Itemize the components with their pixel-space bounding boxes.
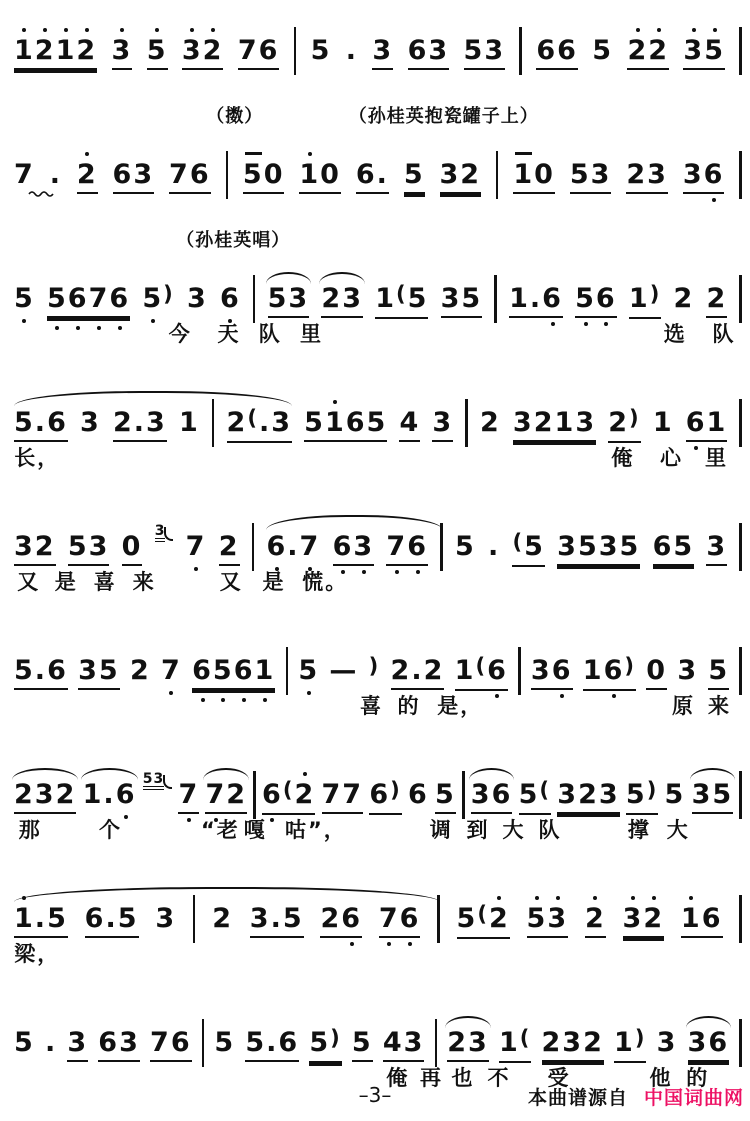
octave-dot-above bbox=[497, 896, 501, 900]
barline bbox=[253, 771, 256, 819]
lyric-syllable: 是 bbox=[263, 566, 286, 596]
lyric-syllable: 个 bbox=[99, 814, 122, 844]
score-system: 325303726.763765.(53535653又是喜来又是慌。 bbox=[0, 504, 750, 628]
note-group: 2(.3 bbox=[227, 408, 292, 443]
note-group: 232 bbox=[14, 780, 76, 814]
note-group: 5 bbox=[14, 284, 35, 314]
page-footer: –3– 本曲谱源自中国词曲网 bbox=[0, 1083, 750, 1109]
note-group: 1) bbox=[614, 1028, 646, 1063]
octave-dot-above bbox=[308, 152, 312, 156]
note-group: 10 bbox=[513, 160, 555, 194]
note-group: . bbox=[50, 160, 62, 190]
note-group: 3 bbox=[187, 284, 208, 314]
octave-dot-above bbox=[85, 28, 89, 32]
barline bbox=[519, 27, 522, 75]
note-group: 2 bbox=[480, 408, 501, 438]
note-group: 53 bbox=[268, 284, 310, 318]
note-group: 2) bbox=[608, 408, 640, 443]
octave-dot-above bbox=[593, 896, 597, 900]
lyric-syllable: 到 bbox=[467, 814, 490, 844]
note-group: 3 bbox=[67, 1028, 88, 1062]
note-group: 5 bbox=[404, 160, 425, 194]
barline bbox=[437, 895, 440, 943]
note-group: 66 bbox=[536, 36, 578, 70]
score-system: 2321.6537726(2776)65365(3235)535那个“老嘎咕”，… bbox=[0, 752, 750, 876]
octave-dot-above bbox=[211, 28, 215, 32]
lyrics-row: 长，俺心里 bbox=[0, 442, 750, 470]
barline bbox=[739, 771, 742, 819]
note-group: 2 bbox=[219, 532, 240, 566]
barline bbox=[465, 399, 468, 447]
lyric-syllable: 里 bbox=[300, 318, 323, 348]
note-group: 1212 bbox=[14, 36, 97, 70]
lyrics-row: 今天队里选队 bbox=[0, 318, 750, 346]
note-group: 7 bbox=[14, 160, 35, 190]
note-group: 5676 bbox=[47, 284, 130, 318]
note-group: 6561 bbox=[192, 656, 275, 690]
octave-dot-above bbox=[556, 896, 560, 900]
note-group: 2 bbox=[77, 160, 98, 194]
note-group: 5 bbox=[592, 36, 613, 66]
barline bbox=[739, 275, 742, 323]
note-group: 77 bbox=[322, 780, 364, 814]
note-group: 3 bbox=[372, 36, 393, 70]
notation-row: 7.2637650106.53210532336 bbox=[14, 160, 742, 199]
barline bbox=[193, 895, 196, 943]
note-group: 2 bbox=[706, 284, 727, 318]
page-number: –3– bbox=[359, 1083, 392, 1107]
note-group: 76 bbox=[379, 904, 421, 938]
overline-dash bbox=[245, 152, 262, 155]
note-group: 35 bbox=[441, 284, 483, 318]
barline bbox=[253, 275, 256, 323]
note-group: 1.6 bbox=[509, 284, 563, 318]
lyrics-row: 那个“老嘎咕”，调到大队撑大 bbox=[0, 814, 750, 842]
note-group: 1(5 bbox=[375, 284, 428, 319]
octave-dot-above bbox=[713, 28, 717, 32]
note-group: 35 bbox=[683, 36, 725, 70]
lyric-syllable: 里 bbox=[705, 442, 728, 472]
lyric-syllable: 调 bbox=[430, 814, 453, 844]
barline bbox=[435, 1019, 438, 1067]
vibrato-wavy-line bbox=[28, 189, 54, 197]
barline bbox=[739, 895, 742, 943]
note-group: 5 bbox=[665, 780, 686, 810]
note-group: 53 bbox=[570, 160, 612, 194]
barline bbox=[212, 399, 215, 447]
octave-dot-above bbox=[652, 896, 656, 900]
lyric-syllable: 天 bbox=[218, 318, 241, 348]
note-group: 43 bbox=[383, 1028, 425, 1062]
note-group: 7 bbox=[186, 532, 207, 562]
octave-dot-above bbox=[636, 28, 640, 32]
lyric-syllable: 又 bbox=[220, 566, 243, 596]
note-group: 76 bbox=[150, 1028, 192, 1062]
octave-dot-above bbox=[190, 28, 194, 32]
octave-dot-above bbox=[64, 28, 68, 32]
note-group: 5.6 bbox=[14, 408, 68, 442]
note-group: . bbox=[346, 36, 358, 66]
note-group: 53 bbox=[527, 904, 569, 938]
note-group: 1 bbox=[653, 408, 674, 438]
note-group: 1(6 bbox=[455, 656, 508, 691]
note-group: 63 bbox=[113, 160, 155, 194]
note-group: 61 bbox=[686, 408, 728, 442]
lyric-syllable: 是， bbox=[437, 690, 483, 720]
octave-dot-above bbox=[43, 28, 47, 32]
barline bbox=[462, 771, 465, 819]
note-group: 5 bbox=[352, 1028, 373, 1062]
note-group: 6.7 bbox=[266, 532, 320, 562]
note-group: 1.5 bbox=[14, 904, 68, 938]
note-group: 5 bbox=[214, 1028, 235, 1058]
barline bbox=[496, 151, 499, 199]
lyric-syllable: 队 bbox=[539, 814, 562, 844]
note-group: 63 bbox=[98, 1028, 140, 1062]
note-group: 72 bbox=[205, 780, 247, 814]
note-group: 1) bbox=[629, 284, 661, 319]
note-group: 5 bbox=[708, 656, 729, 690]
note-group: — bbox=[329, 656, 358, 686]
note-group: 63 bbox=[333, 532, 375, 566]
note-group: 5165 bbox=[304, 408, 387, 442]
score-system: （擞）（孙桂英抱瓷罐子上）7.2637650106.53210532336 bbox=[0, 132, 750, 256]
note-group: 1 bbox=[179, 408, 200, 438]
lyric-syllable: 是 bbox=[55, 566, 78, 596]
lyric-syllable: 的 bbox=[398, 690, 421, 720]
barline bbox=[739, 647, 742, 695]
note-group: 53 bbox=[68, 532, 110, 566]
lyric-syllable: 嘎 bbox=[244, 814, 267, 844]
notation-row: 12123532765.363536652235 bbox=[14, 36, 742, 75]
note-group: 6 bbox=[408, 780, 429, 810]
note-group: 6) bbox=[369, 780, 401, 815]
lyric-syllable: 俺 bbox=[611, 442, 634, 472]
note-group: 10 bbox=[299, 160, 341, 194]
note-group: 53 bbox=[464, 36, 506, 70]
note-group: 23 bbox=[447, 1028, 489, 1062]
barline bbox=[739, 1019, 742, 1067]
note-group: 65 bbox=[653, 532, 695, 566]
note-group: 5.6 bbox=[14, 656, 68, 690]
octave-dot-above bbox=[692, 28, 696, 32]
lyric-syllable: 又 bbox=[17, 566, 40, 596]
note-group: 36 bbox=[471, 780, 513, 814]
note-group: 1.6 bbox=[83, 780, 137, 810]
note-group: 7 bbox=[178, 780, 199, 814]
lyric-syllable: 队 bbox=[259, 318, 282, 348]
note-group: 4 bbox=[399, 408, 420, 442]
grace-note-group: 3 bbox=[155, 520, 174, 542]
note-group: 32 bbox=[182, 36, 224, 70]
octave-dot-below bbox=[712, 198, 716, 202]
barline bbox=[739, 27, 742, 75]
lyrics-row: 梁， bbox=[0, 938, 750, 966]
note-group: 3535 bbox=[557, 532, 640, 566]
octave-dot-above bbox=[303, 772, 307, 776]
note-group: 76 bbox=[169, 160, 211, 194]
note-group: 2 bbox=[130, 656, 151, 686]
note-group: 7 bbox=[161, 656, 182, 686]
barline bbox=[494, 275, 497, 323]
note-group: (5 bbox=[512, 532, 544, 567]
note-group: 3 bbox=[432, 408, 453, 442]
stage-direction: （孙桂英抱瓷罐子上） bbox=[349, 102, 539, 128]
note-group: 0 bbox=[122, 532, 143, 566]
slur bbox=[14, 391, 292, 406]
lyric-syllable: 长， bbox=[14, 442, 60, 472]
octave-dot-above bbox=[689, 896, 693, 900]
note-group: ) bbox=[369, 656, 381, 687]
lyric-syllable: 喜 bbox=[360, 690, 383, 720]
watermark-prefix: 本曲谱源自 bbox=[528, 1087, 628, 1109]
note-group: 6 bbox=[220, 284, 241, 314]
note-group: 1( bbox=[499, 1028, 531, 1063]
barline bbox=[518, 647, 521, 695]
note-group: 76 bbox=[386, 532, 428, 566]
note-group: 6(2 bbox=[262, 780, 315, 815]
lyric-syllable: 大 bbox=[667, 814, 690, 844]
lyric-syllable: 来 bbox=[708, 690, 731, 720]
barline bbox=[739, 399, 742, 447]
octave-dot-above bbox=[120, 28, 124, 32]
note-group: 323 bbox=[557, 780, 619, 814]
overline-dash bbox=[515, 152, 532, 155]
note-group: 5 bbox=[311, 36, 332, 66]
stage-direction: （擞） bbox=[206, 102, 263, 128]
lyric-syllable: 原 bbox=[672, 690, 695, 720]
grace-hook bbox=[163, 775, 172, 789]
note-group: 35 bbox=[692, 780, 734, 814]
lyric-syllable: 梁， bbox=[14, 938, 60, 968]
slur bbox=[14, 887, 440, 902]
octave-dot-above bbox=[85, 152, 89, 156]
note-group: 5( bbox=[519, 780, 551, 815]
score-system: 5.632.312(.3516543232132)161长，俺心里 bbox=[0, 380, 750, 504]
lyric-syllable: 今 bbox=[169, 318, 192, 348]
lyric-syllable: 来 bbox=[133, 566, 156, 596]
note-group: . bbox=[488, 532, 500, 562]
watermark: 本曲谱源自中国词曲网 bbox=[528, 1083, 744, 1110]
octave-dot-above bbox=[657, 28, 661, 32]
score: 12123532765.363536652235（擞）（孙桂英抱瓷罐子上）7.2… bbox=[0, 8, 750, 1121]
note-group: 16) bbox=[583, 656, 636, 691]
note-group: 3 bbox=[677, 656, 698, 686]
note-group: 2 bbox=[674, 284, 695, 314]
stage-direction: （孙桂英唱） bbox=[176, 226, 290, 252]
note-group: 232 bbox=[542, 1028, 604, 1062]
note-group: 26 bbox=[320, 904, 362, 938]
note-group: 2.2 bbox=[391, 656, 445, 690]
note-group: 56 bbox=[575, 284, 617, 318]
note-group: 2 bbox=[585, 904, 606, 938]
slur bbox=[266, 515, 443, 530]
octave-dot-above bbox=[535, 896, 539, 900]
note-group: 23 bbox=[626, 160, 668, 194]
score-page: 12123532765.363536652235（擞）（孙桂英抱瓷罐子上）7.2… bbox=[0, 0, 750, 1121]
note-group: 35 bbox=[78, 656, 120, 690]
score-system: 1.56.5323.526765(25323216梁， bbox=[0, 876, 750, 1000]
lyric-syllable: 大 bbox=[503, 814, 526, 844]
note-group: 3 bbox=[80, 408, 101, 438]
note-group: 5) bbox=[309, 1028, 341, 1063]
note-group: 3 bbox=[657, 1028, 678, 1058]
note-group: 2 bbox=[212, 904, 233, 934]
note-group: 63 bbox=[408, 36, 450, 70]
note-group: 5) bbox=[142, 284, 174, 315]
note-group: 5.6 bbox=[245, 1028, 299, 1062]
note-group: 3 bbox=[706, 532, 727, 566]
note-group: 76 bbox=[238, 36, 280, 70]
lyric-syllable: 选 bbox=[664, 318, 687, 348]
note-group: 36 bbox=[688, 1028, 730, 1062]
barline bbox=[739, 523, 742, 571]
barline bbox=[286, 647, 289, 695]
watermark-brand: 中国词曲网 bbox=[644, 1087, 744, 1109]
barline bbox=[252, 523, 255, 571]
lyric-syllable: 喜 bbox=[94, 566, 117, 596]
lyric-syllable: 那 bbox=[19, 814, 42, 844]
note-group: 5) bbox=[626, 780, 658, 815]
note-group: 22 bbox=[627, 36, 669, 70]
note-group: 36 bbox=[531, 656, 573, 690]
barline bbox=[202, 1019, 205, 1067]
barline bbox=[294, 27, 297, 75]
lyrics-row: 喜的是，原来 bbox=[0, 690, 750, 718]
note-group: 32 bbox=[14, 532, 56, 566]
note-group: 3 bbox=[155, 904, 176, 934]
note-group: 36 bbox=[683, 160, 725, 194]
note-group: 32 bbox=[440, 160, 482, 194]
note-group: 5 bbox=[455, 532, 476, 562]
lyric-syllable: 慌。 bbox=[302, 566, 348, 596]
note-group: 5 bbox=[147, 36, 168, 70]
lyric-syllable: “老 bbox=[201, 814, 240, 844]
score-system: （孙桂英唱）556765)3653231(5351.6561)22今天队里选队 bbox=[0, 256, 750, 380]
note-group: 5 bbox=[435, 780, 456, 814]
note-group: 50 bbox=[243, 160, 285, 194]
barline bbox=[226, 151, 229, 199]
note-group: 0 bbox=[646, 656, 667, 690]
note-group: 32 bbox=[623, 904, 665, 938]
octave-dot-above bbox=[155, 28, 159, 32]
lyric-syllable: 队 bbox=[713, 318, 736, 348]
score-system: 5.6352765615—)2.21(63616)035喜的是，原来 bbox=[0, 628, 750, 752]
octave-dot-above bbox=[333, 400, 337, 404]
note-group: 3 bbox=[112, 36, 133, 70]
barline bbox=[739, 151, 742, 199]
barline bbox=[440, 523, 443, 571]
note-group: 3213 bbox=[513, 408, 596, 442]
octave-dot-above bbox=[631, 896, 635, 900]
note-group: 2.3 bbox=[113, 408, 167, 442]
note-group: 5(2 bbox=[457, 904, 510, 939]
note-group: 5 bbox=[298, 656, 319, 686]
note-group: 23 bbox=[321, 284, 363, 318]
note-group: 3.5 bbox=[250, 904, 304, 938]
note-group: 5 bbox=[14, 1028, 35, 1058]
note-group: 6.5 bbox=[85, 904, 139, 938]
grace-hook bbox=[164, 527, 173, 541]
lyric-syllable: 心 bbox=[660, 442, 683, 472]
lyric-syllable: 撑 bbox=[628, 814, 651, 844]
lyrics-row: 又是喜来又是慌。 bbox=[0, 566, 750, 594]
octave-dot-above bbox=[22, 28, 26, 32]
note-group: 16 bbox=[681, 904, 723, 938]
note-group: 6. bbox=[356, 160, 389, 194]
note-group: . bbox=[45, 1028, 57, 1058]
grace-note-group: 53 bbox=[143, 768, 173, 790]
lyric-syllable: 咕”， bbox=[285, 814, 347, 844]
